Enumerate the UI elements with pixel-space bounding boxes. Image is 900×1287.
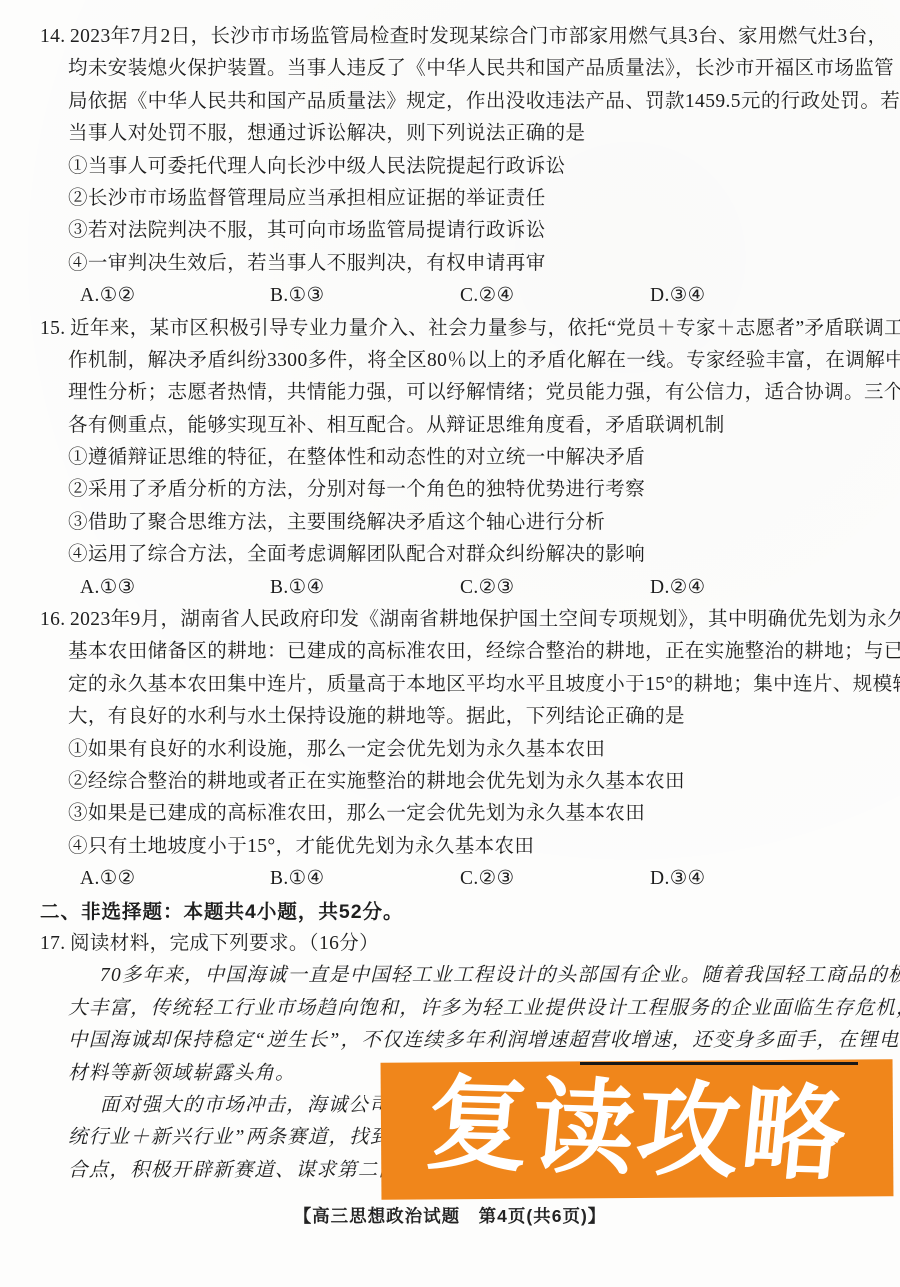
q16-stem-text: 2023年9月，湖南省人民政府印发《湖南省耕地保护国土空间专项规划》，其中明确优… [70, 609, 900, 630]
q14-answer-options: A.①② B.①③ C.②④ D.③④ [40, 280, 862, 312]
q16-option-d: D.③④ [650, 863, 706, 895]
exam-page: 14.2023年7月2日，长沙市市场监管局检查时发现某综合门市部家用燃气具3台、… [0, 0, 900, 1287]
q15-choice-2: ②采用了矛盾分析的方法，分别对每一个角色的独特优势进行考察 [40, 474, 862, 506]
q14-stem-text: 2023年7月2日，长沙市市场监管局检查时发现某综合门市部家用燃气具3台、家用燃… [70, 26, 888, 47]
q16-option-a: A.①② [80, 863, 270, 895]
q14-stem-line-3: 局依据《中华人民共和国产品质量法》规定，作出没收违法产品、罚款1459.5元的行… [40, 86, 862, 118]
q14-option-b: B.①③ [270, 280, 460, 312]
q15-option-b: B.①④ [270, 572, 460, 604]
section2-header: 二、非选择题：本题共4小题，共52分。 [40, 896, 862, 928]
q16-stem-line-2: 基本农田储备区的耕地：已建成的高标准农田，经综合整治的耕地，正在实施整治的耕地；… [40, 636, 862, 668]
watermark-top-border-line [580, 1062, 858, 1065]
q14-choice-3: ③若对法院判决不服，其可向市场监管局提请行政诉讼 [40, 215, 862, 247]
q14-choice-1: ①当事人可委托代理人向长沙中级人民法院提起行政诉讼 [40, 151, 862, 183]
q16-option-c: C.②③ [460, 863, 650, 895]
q17-number: 17. [40, 928, 70, 960]
q15-answer-options: A.①③ B.①④ C.②③ D.②④ [40, 572, 862, 604]
q15-choice-4: ④运用了综合方法，全面考虑调解团队配合对群众纠纷解决的影响 [40, 539, 862, 571]
q16-stem-line-1: 16.2023年9月，湖南省人民政府印发《湖南省耕地保护国土空间专项规划》，其中… [40, 604, 862, 636]
q14-option-d: D.③④ [650, 280, 706, 312]
page-footer: 【高三思想政治试题 第4页(共6页)】 [0, 1203, 900, 1228]
q15-stem-text: 近年来，某市区积极引导专业力量介入、社会力量参与，依托“党员＋专家＋志愿者”矛盾… [70, 318, 900, 339]
q16-stem-line-4: 大，有良好的水利与水土保持设施的耕地等。据此，下列结论正确的是 [40, 701, 862, 733]
q16-option-b: B.①④ [270, 863, 460, 895]
page-content: 14.2023年7月2日，长沙市市场监管局检查时发现某综合门市部家用燃气具3台、… [40, 21, 862, 1187]
watermark-text: 复读攻略 [422, 1072, 852, 1186]
watermark-overlay: 复读攻略 [381, 1059, 894, 1200]
q15-number: 15. [40, 313, 70, 345]
q14-stem-line-1: 14.2023年7月2日，长沙市市场监管局检查时发现某综合门市部家用燃气具3台、… [40, 21, 862, 53]
q17-title-line: 17.阅读材料，完成下列要求。（16分） [40, 928, 862, 960]
q16-choice-3: ③如果是已建成的高标准农田，那么一定会优先划为永久基本农田 [40, 798, 862, 830]
q16-choice-1: ①如果有良好的水利设施，那么一定会优先划为永久基本农田 [40, 734, 862, 766]
q15-option-c: C.②③ [460, 572, 650, 604]
q15-stem-line-2: 作机制，解决矛盾纠纷3300多件，将全区80％以上的矛盾化解在一线。专家经验丰富… [40, 345, 862, 377]
q15-choice-3: ③借助了聚合思维方法，主要围绕解决矛盾这个轴心进行分析 [40, 507, 862, 539]
q14-number: 14. [40, 21, 70, 53]
q14-option-c: C.②④ [460, 280, 650, 312]
q16-number: 16. [40, 604, 70, 636]
q14-choice-2: ②长沙市市场监督管理局应当承担相应证据的举证责任 [40, 183, 862, 215]
q15-stem-line-3: 理性分析；志愿者热情，共情能力强，可以纾解情绪；党员能力强，有公信力，适合协调。… [40, 377, 862, 409]
q17-material-p1-line-3: 中国海诚却保持稳定“逆生长”，不仅连续多年利润增速超营收增速，还变身多面手，在锂… [40, 1025, 862, 1057]
q17-material-p1-line-1: 70多年来，中国海诚一直是中国轻工业工程设计的头部国有企业。随着我国轻工商品的极 [40, 960, 862, 992]
q16-choice-4: ④只有土地坡度小于15°，才能优先划为永久基本农田 [40, 831, 862, 863]
q17-material-p1-line-2: 大丰富，传统轻工行业市场趋向饱和，许多为轻工业提供设计工程服务的企业面临生存危机… [40, 993, 862, 1025]
q15-stem-line-4: 各有侧重点，能够实现互补、相互配合。从辩证思维角度看，矛盾联调机制 [40, 410, 862, 442]
q15-stem-line-1: 15.近年来，某市区积极引导专业力量介入、社会力量参与，依托“党员＋专家＋志愿者… [40, 313, 862, 345]
q17-title-text: 阅读材料，完成下列要求。（16分） [70, 933, 379, 954]
q15-option-a: A.①③ [80, 572, 270, 604]
q16-choice-2: ②经综合整治的耕地或者正在实施整治的耕地会优先划为永久基本农田 [40, 766, 862, 798]
q15-option-d: D.②④ [650, 572, 706, 604]
q16-answer-options: A.①② B.①④ C.②③ D.③④ [40, 863, 862, 895]
q16-stem-line-3: 定的永久基本农田集中连片，质量高于本地区平均水平且坡度小于15°的耕地；集中连片… [40, 669, 862, 701]
q14-stem-line-4: 当事人对处罚不服，想通过诉讼解决，则下列说法正确的是 [40, 118, 862, 150]
q14-choice-4: ④一审判决生效后，若当事人不服判决，有权申请再审 [40, 248, 862, 280]
q14-stem-line-2: 均未安装熄火保护装置。当事人违反了《中华人民共和国产品质量法》，长沙市开福区市场… [40, 53, 862, 85]
q15-choice-1: ①遵循辩证思维的特征，在整体性和动态性的对立统一中解决矛盾 [40, 442, 862, 474]
q14-option-a: A.①② [80, 280, 270, 312]
